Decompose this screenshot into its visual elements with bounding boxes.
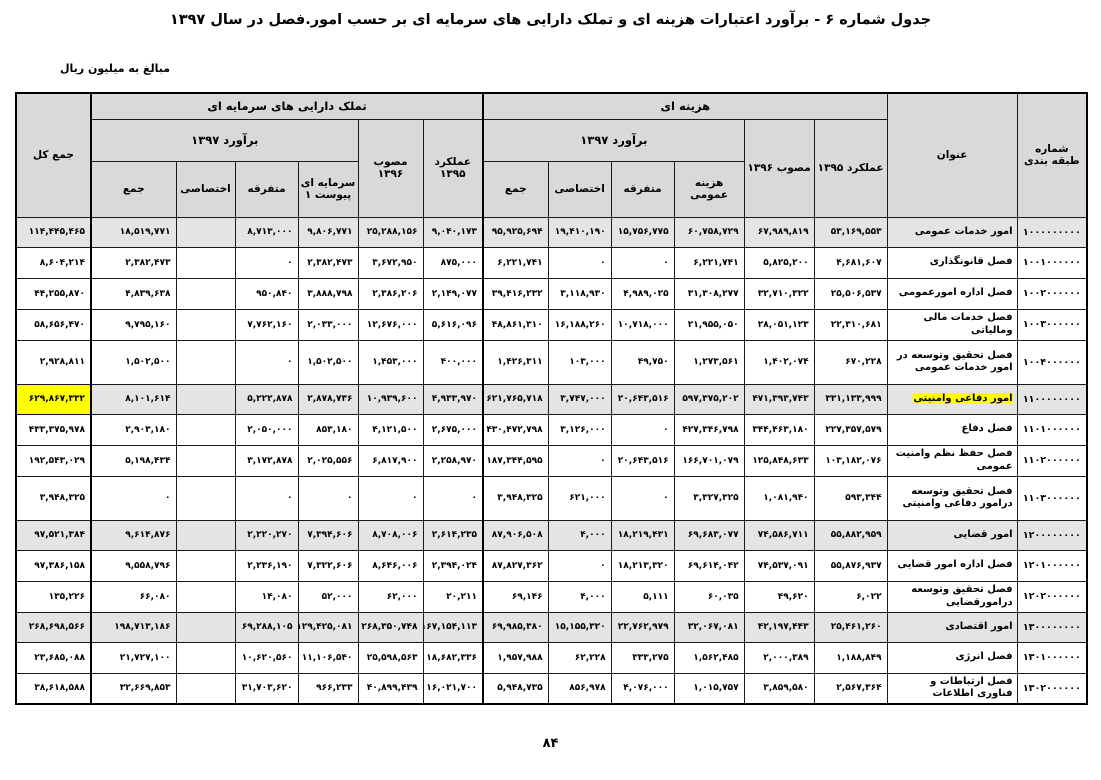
cell-c-app: ۱۰,۹۳۹,۶۰۰ [358, 384, 423, 414]
cell-c-ded [176, 445, 235, 476]
cell-c-ded [176, 550, 235, 581]
cell-c-cap: ۲,۸۷۸,۷۳۶ [298, 384, 358, 414]
cell-e-misc: ۴,۰۷۶,۰۰۰ [611, 673, 674, 704]
col-header-capital-dedicated: اختصاصی [176, 161, 235, 217]
cell-c-app: ۱,۴۵۳,۰۰۰ [358, 340, 423, 384]
cell-c-misc: ۱۴,۰۸۰ [235, 581, 298, 612]
cell-c-ded [176, 340, 235, 384]
cell-c-ded [176, 278, 235, 309]
cell-e-ded: ۱۹,۴۱۰,۱۹۰ [548, 217, 611, 247]
cell-c-misc: ۱۰,۶۲۰,۵۶۰ [235, 642, 298, 673]
cell-title: فصل تحقیق وتوسعه درامورقضایی [887, 581, 1017, 612]
cell-e-perf: ۲۵,۴۶۱,۲۶۰ [814, 612, 887, 642]
cell-c-perf: ۴,۹۳۳,۹۷۰ [423, 384, 483, 414]
cell-e-app: ۴۷۱,۳۹۳,۷۴۳ [744, 384, 814, 414]
cell-c-misc: ۲,۰۵۰,۰۰۰ [235, 414, 298, 445]
cell-c-perf: ۲,۱۴۹,۰۷۷ [423, 278, 483, 309]
cell-e-ded: ۴,۰۰۰ [548, 581, 611, 612]
cell-e-app: ۵,۸۲۵,۲۰۰ [744, 247, 814, 278]
cell-c-cap: ۱,۵۰۲,۵۰۰ [298, 340, 358, 384]
cell-total: ۱۹۲,۵۴۳,۰۲۹ [16, 445, 91, 476]
cell-c-misc: ۵,۲۲۲,۸۷۸ [235, 384, 298, 414]
cell-c-perf: ۰ [423, 476, 483, 520]
cell-c-perf: ۸۷۵,۰۰۰ [423, 247, 483, 278]
cell-total: ۹۷,۵۲۱,۳۸۴ [16, 520, 91, 550]
cell-c-ded [176, 520, 235, 550]
chapter-row: ۱۱۰۱۰۰۰۰۰۰فصل دفاع۲۲۷,۳۵۷,۵۷۹۳۴۴,۴۶۳,۱۸۰… [16, 414, 1087, 445]
cell-class-no: ۱۳۰۱۰۰۰۰۰۰ [1017, 642, 1087, 673]
cell-c-sum: ۱۸,۵۱۹,۷۷۱ [91, 217, 176, 247]
cell-e-sum: ۸۷,۹۰۶,۵۰۸ [483, 520, 548, 550]
cell-class-no: ۱۳۰۲۰۰۰۰۰۰ [1017, 673, 1087, 704]
cell-class-no: ۱۱۰۱۰۰۰۰۰۰ [1017, 414, 1087, 445]
cell-total: ۳,۹۴۸,۳۲۵ [16, 476, 91, 520]
cell-e-app: ۱,۴۰۲,۰۷۴ [744, 340, 814, 384]
cell-class-no: ۱۰۰۲۰۰۰۰۰۰ [1017, 278, 1087, 309]
cell-e-gen: ۵۹۷,۳۷۵,۲۰۲ [674, 384, 744, 414]
cell-e-gen: ۶۹,۶۸۳,۰۷۷ [674, 520, 744, 550]
cell-e-sum: ۴۳۰,۴۷۲,۷۹۸ [483, 414, 548, 445]
cell-total: ۴۳۳,۳۷۵,۹۷۸ [16, 414, 91, 445]
cell-e-misc: ۵,۱۱۱ [611, 581, 674, 612]
chapter-row: ۱۱۰۳۰۰۰۰۰۰فصل تحقیق وتوسعه درامور دفاعی … [16, 476, 1087, 520]
cell-c-cap: ۷,۳۹۴,۶۰۶ [298, 520, 358, 550]
cell-e-perf: ۳۳۱,۱۳۳,۹۹۹ [814, 384, 887, 414]
cell-e-ded: ۰ [548, 247, 611, 278]
cell-e-app: ۴۲,۱۹۷,۴۴۳ [744, 612, 814, 642]
cell-title: امور اقتصادی [887, 612, 1017, 642]
cell-e-misc: ۴,۹۸۹,۰۲۵ [611, 278, 674, 309]
row-title: فصل ارتباطات و فناوری اطلاعات [930, 676, 1013, 700]
col-header-expense-approved-1396: مصوب ۱۳۹۶ [744, 119, 814, 217]
col-header-capital-perf-1395: عملکرد ۱۳۹۵ [423, 119, 483, 217]
cell-c-sum: ۳۲,۶۶۹,۸۵۳ [91, 673, 176, 704]
group-header-capital: تملک دارایی های سرمایه ای [91, 93, 483, 119]
cell-total: ۴۴,۲۵۵,۸۷۰ [16, 278, 91, 309]
cell-title: فصل تحقیق وتوسعه درامور دفاعی وامنیتی [887, 476, 1017, 520]
cell-c-app: ۸,۷۰۸,۰۰۶ [358, 520, 423, 550]
cell-e-gen: ۲۱,۹۵۵,۰۵۰ [674, 309, 744, 340]
cell-e-sum: ۴۸,۸۶۱,۳۱۰ [483, 309, 548, 340]
cell-c-perf: ۱۸,۶۸۲,۳۳۶ [423, 642, 483, 673]
cell-e-perf: ۶۷۰,۲۲۸ [814, 340, 887, 384]
cell-c-misc: ۰ [235, 476, 298, 520]
chapter-row: ۱۲۰۱۰۰۰۰۰۰فصل اداره امور قضایی۵۵,۸۷۶,۹۳۷… [16, 550, 1087, 581]
cell-c-app: ۸,۶۴۶,۰۰۶ [358, 550, 423, 581]
row-title: فصل قانونگذاری [930, 256, 1013, 267]
budget-table: شماره طبقه بندی عنوان هزینه ای تملک دارا… [15, 92, 1088, 705]
cell-c-ded [176, 217, 235, 247]
cell-c-cap: ۲,۰۲۵,۵۵۶ [298, 445, 358, 476]
cell-e-ded: ۶۲,۲۲۸ [548, 642, 611, 673]
col-header-expense-perf-1395: عملکرد ۱۳۹۵ [814, 119, 887, 217]
cell-e-perf: ۶,۰۲۲ [814, 581, 887, 612]
cell-c-ded [176, 414, 235, 445]
cell-c-cap: ۳,۸۸۸,۷۹۸ [298, 278, 358, 309]
cell-e-misc: ۰ [611, 414, 674, 445]
cell-e-gen: ۳,۳۲۷,۳۲۵ [674, 476, 744, 520]
cell-e-perf: ۴,۶۸۱,۶۰۷ [814, 247, 887, 278]
cell-c-app: ۱۲,۶۷۶,۰۰۰ [358, 309, 423, 340]
cell-c-perf: ۱۶,۰۲۱,۷۰۰ [423, 673, 483, 704]
cell-total: ۱۱۴,۴۴۵,۴۶۵ [16, 217, 91, 247]
cell-c-misc: ۰ [235, 340, 298, 384]
cell-e-gen: ۳۲,۰۶۷,۰۸۱ [674, 612, 744, 642]
row-title: امور خدمات عمومی [915, 226, 1013, 237]
cell-c-ded [176, 309, 235, 340]
row-title: فصل تحقیق وتوسعه در امور خدمات عمومی [897, 350, 1013, 374]
cell-c-cap: ۷,۳۲۲,۶۰۶ [298, 550, 358, 581]
cell-e-ded: ۳,۱۲۶,۰۰۰ [548, 414, 611, 445]
cell-c-sum: ۲,۹۰۳,۱۸۰ [91, 414, 176, 445]
cell-c-app: ۲۶۸,۳۵۰,۷۴۸ [358, 612, 423, 642]
cell-e-perf: ۵۹۳,۳۴۴ [814, 476, 887, 520]
col-header-capital-misc: متفرقه [235, 161, 298, 217]
cell-e-gen: ۳۱,۳۰۸,۲۷۷ [674, 278, 744, 309]
cell-c-ded [176, 247, 235, 278]
cell-title: فصل تحقیق وتوسعه در امور خدمات عمومی [887, 340, 1017, 384]
section-row: ۱۳۰۰۰۰۰۰۰۰امور اقتصادی۲۵,۴۶۱,۲۶۰۴۲,۱۹۷,۴… [16, 612, 1087, 642]
row-title: فصل حفظ نظم وامنیت عمومی [896, 448, 1013, 472]
cell-e-misc: ۱۰,۷۱۸,۰۰۰ [611, 309, 674, 340]
cell-c-misc: ۳۱,۷۰۳,۶۲۰ [235, 673, 298, 704]
page-number: ۸۴ [0, 736, 1101, 751]
section-row: ۱۱۰۰۰۰۰۰۰۰امور دفاعی وامنیتی۳۳۱,۱۳۳,۹۹۹۴… [16, 384, 1087, 414]
cell-c-app: ۶,۸۱۷,۹۰۰ [358, 445, 423, 476]
cell-e-perf: ۱,۱۸۸,۸۴۹ [814, 642, 887, 673]
cell-e-app: ۱۲۵,۸۴۸,۶۳۳ [744, 445, 814, 476]
cell-e-gen: ۶۹,۶۱۴,۰۴۲ [674, 550, 744, 581]
cell-e-app: ۶۷,۹۸۹,۸۱۹ [744, 217, 814, 247]
cell-c-ded [176, 642, 235, 673]
cell-e-app: ۱,۰۸۱,۹۴۰ [744, 476, 814, 520]
cell-title: فصل قانونگذاری [887, 247, 1017, 278]
cell-class-no: ۱۱۰۲۰۰۰۰۰۰ [1017, 445, 1087, 476]
cell-c-perf: ۲,۶۷۵,۰۰۰ [423, 414, 483, 445]
cell-e-app: ۲۸,۰۵۱,۱۲۳ [744, 309, 814, 340]
cell-e-misc: ۴۹,۷۵۰ [611, 340, 674, 384]
row-title: فصل خدمات مالی ومالیاتی [924, 312, 1013, 336]
cell-e-gen: ۱,۵۶۲,۴۸۵ [674, 642, 744, 673]
col-header-title: عنوان [887, 93, 1017, 217]
cell-e-app: ۳۴۴,۴۶۳,۱۸۰ [744, 414, 814, 445]
row-title: امور اقتصادی [946, 621, 1013, 632]
cell-e-ded: ۱۰۳,۰۰۰ [548, 340, 611, 384]
cell-e-sum: ۳۹,۴۱۶,۲۳۲ [483, 278, 548, 309]
cell-c-ded [176, 612, 235, 642]
section-row: ۱۲۰۰۰۰۰۰۰۰امور قضایی۵۵,۸۸۲,۹۵۹۷۴,۵۸۶,۷۱۱… [16, 520, 1087, 550]
cell-e-sum: ۸۷,۸۲۷,۳۶۲ [483, 550, 548, 581]
cell-c-cap: ۱۱,۱۰۶,۵۴۰ [298, 642, 358, 673]
row-title: فصل تحقیق وتوسعه درامور دفاعی وامنیتی [903, 486, 1013, 510]
cell-e-misc: ۳۳۳,۲۷۵ [611, 642, 674, 673]
cell-e-perf: ۵۵,۸۷۶,۹۳۷ [814, 550, 887, 581]
cell-class-no: ۱۰۰۱۰۰۰۰۰۰ [1017, 247, 1087, 278]
cell-c-sum: ۱,۵۰۲,۵۰۰ [91, 340, 176, 384]
cell-c-app: ۴۰,۸۹۹,۴۳۹ [358, 673, 423, 704]
cell-c-cap: ۲,۳۸۲,۴۷۳ [298, 247, 358, 278]
cell-c-misc: ۷,۷۶۲,۱۶۰ [235, 309, 298, 340]
col-header-grand-total: جمع کل [16, 93, 91, 217]
cell-c-app: ۶۲,۰۰۰ [358, 581, 423, 612]
cell-title: فصل اداره امورعمومی [887, 278, 1017, 309]
col-header-class-no: شماره طبقه بندی [1017, 93, 1087, 217]
cell-e-perf: ۵۵,۸۸۲,۹۵۹ [814, 520, 887, 550]
cell-c-sum: ۲,۳۸۲,۴۷۳ [91, 247, 176, 278]
cell-c-app: ۲۵,۲۸۸,۱۵۶ [358, 217, 423, 247]
cell-c-sum: ۹,۵۵۸,۷۹۶ [91, 550, 176, 581]
cell-e-misc: ۲۲,۷۶۲,۹۷۹ [611, 612, 674, 642]
cell-e-sum: ۵,۹۴۸,۷۳۵ [483, 673, 548, 704]
chapter-row: ۱۰۰۳۰۰۰۰۰۰فصل خدمات مالی ومالیاتی۲۲,۳۱۰,… [16, 309, 1087, 340]
cell-e-misc: ۱۸,۲۱۳,۳۲۰ [611, 550, 674, 581]
cell-c-sum: ۰ [91, 476, 176, 520]
cell-c-ded [176, 384, 235, 414]
cell-e-ded: ۳,۷۴۷,۰۰۰ [548, 384, 611, 414]
cell-class-no: ۱۰۰۰۰۰۰۰۰۰ [1017, 217, 1087, 247]
cell-title: امور دفاعی وامنیتی [887, 384, 1017, 414]
chapter-row: ۱۳۰۲۰۰۰۰۰۰فصل ارتباطات و فناوری اطلاعات۲… [16, 673, 1087, 704]
cell-c-sum: ۹,۷۹۵,۱۶۰ [91, 309, 176, 340]
cell-title: فصل حفظ نظم وامنیت عمومی [887, 445, 1017, 476]
cell-e-misc: ۰ [611, 247, 674, 278]
cell-class-no: ۱۲۰۲۰۰۰۰۰۰ [1017, 581, 1087, 612]
cell-total: ۲,۹۲۸,۸۱۱ [16, 340, 91, 384]
cell-c-sum: ۶۶,۰۸۰ [91, 581, 176, 612]
cell-c-ded [176, 581, 235, 612]
cell-total: ۱۳۵,۲۲۶ [16, 581, 91, 612]
cell-e-gen: ۱,۲۷۳,۵۶۱ [674, 340, 744, 384]
unit-note: مبالغ به میلیون ریال [60, 62, 170, 75]
cell-e-ded: ۱۶,۱۸۸,۲۶۰ [548, 309, 611, 340]
cell-c-app: ۴,۱۲۱,۵۰۰ [358, 414, 423, 445]
cell-c-perf: ۴۰۰,۰۰۰ [423, 340, 483, 384]
cell-c-app: ۲,۳۸۶,۲۰۶ [358, 278, 423, 309]
cell-e-sum: ۱,۴۲۶,۳۱۱ [483, 340, 548, 384]
cell-e-ded: ۳,۱۱۸,۹۳۰ [548, 278, 611, 309]
cell-c-perf: ۲,۶۱۴,۲۳۵ [423, 520, 483, 550]
cell-e-ded: ۶۲۱,۰۰۰ [548, 476, 611, 520]
cell-c-perf: ۲۰,۲۱۱ [423, 581, 483, 612]
cell-c-app: ۰ [358, 476, 423, 520]
cell-total: ۶۲۹,۸۶۷,۳۳۲ [16, 384, 91, 414]
cell-e-gen: ۱,۰۱۵,۷۵۷ [674, 673, 744, 704]
cell-e-app: ۷۴,۵۳۷,۰۹۱ [744, 550, 814, 581]
cell-c-sum: ۱۹۸,۷۱۳,۱۸۶ [91, 612, 176, 642]
cell-class-no: ۱۰۰۳۰۰۰۰۰۰ [1017, 309, 1087, 340]
cell-total: ۸,۶۰۴,۲۱۴ [16, 247, 91, 278]
group-header-capital-estimate-1397: برآورد ۱۳۹۷ [91, 119, 358, 161]
cell-e-perf: ۲۵,۵۰۶,۵۳۷ [814, 278, 887, 309]
cell-class-no: ۱۰۰۴۰۰۰۰۰۰ [1017, 340, 1087, 384]
cell-class-no: ۱۳۰۰۰۰۰۰۰۰ [1017, 612, 1087, 642]
cell-c-sum: ۹,۶۱۴,۸۷۶ [91, 520, 176, 550]
cell-e-sum: ۳,۹۴۸,۳۲۵ [483, 476, 548, 520]
cell-e-misc: ۱۵,۷۵۶,۷۷۵ [611, 217, 674, 247]
cell-e-app: ۳,۸۵۹,۵۸۰ [744, 673, 814, 704]
cell-c-sum: ۸,۱۰۱,۶۱۴ [91, 384, 176, 414]
chapter-row: ۱۰۰۴۰۰۰۰۰۰فصل تحقیق وتوسعه در امور خدمات… [16, 340, 1087, 384]
cell-class-no: ۱۲۰۱۰۰۰۰۰۰ [1017, 550, 1087, 581]
cell-e-gen: ۶,۲۲۱,۷۴۱ [674, 247, 744, 278]
col-header-capital-sum: جمع [91, 161, 176, 217]
cell-title: فصل ارتباطات و فناوری اطلاعات [887, 673, 1017, 704]
chapter-row: ۱۰۰۱۰۰۰۰۰۰فصل قانونگذاری۴,۶۸۱,۶۰۷۵,۸۲۵,۲… [16, 247, 1087, 278]
table-body: ۱۰۰۰۰۰۰۰۰۰امور خدمات عمومی۵۳,۱۶۹,۵۵۳۶۷,۹… [16, 217, 1087, 704]
table-header: شماره طبقه بندی عنوان هزینه ای تملک دارا… [16, 93, 1087, 217]
cell-c-perf: ۲,۲۵۸,۹۷۰ [423, 445, 483, 476]
page-title: جدول شماره ۶ - برآورد اعتبارات هزینه ای … [0, 12, 1101, 28]
cell-e-perf: ۵۳,۱۶۹,۵۵۳ [814, 217, 887, 247]
cell-e-ded: ۸۵۶,۹۷۸ [548, 673, 611, 704]
row-title: امور دفاعی وامنیتی [913, 393, 1012, 404]
chapter-row: ۱۱۰۲۰۰۰۰۰۰فصل حفظ نظم وامنیت عمومی۱۰۳,۱۸… [16, 445, 1087, 476]
cell-c-sum: ۲۱,۷۲۷,۱۰۰ [91, 642, 176, 673]
col-header-general-expense: هزینه عمومی [674, 161, 744, 217]
cell-c-misc: ۶۹,۲۸۸,۱۰۵ [235, 612, 298, 642]
cell-e-ded: ۰ [548, 550, 611, 581]
cell-title: امور قضایی [887, 520, 1017, 550]
col-header-expense-misc: متفرقه [611, 161, 674, 217]
row-title: فصل تحقیق وتوسعه درامورقضایی [911, 584, 1012, 608]
cell-e-sum: ۶۹,۱۴۶ [483, 581, 548, 612]
cell-c-misc: ۰ [235, 247, 298, 278]
cell-e-sum: ۶۲۱,۷۶۵,۷۱۸ [483, 384, 548, 414]
cell-c-sum: ۴,۸۳۹,۶۳۸ [91, 278, 176, 309]
cell-title: فصل انرژی [887, 642, 1017, 673]
cell-c-app: ۳,۶۷۲,۹۵۰ [358, 247, 423, 278]
cell-e-perf: ۲۲۷,۳۵۷,۵۷۹ [814, 414, 887, 445]
cell-e-sum: ۹۵,۹۲۵,۶۹۴ [483, 217, 548, 247]
chapter-row: ۱۲۰۲۰۰۰۰۰۰فصل تحقیق وتوسعه درامورقضایی۶,… [16, 581, 1087, 612]
group-header-expense-estimate-1397: برآورد ۱۳۹۷ [483, 119, 744, 161]
cell-e-misc: ۲۰,۶۴۳,۵۱۶ [611, 384, 674, 414]
cell-c-app: ۲۵,۵۹۸,۵۶۳ [358, 642, 423, 673]
cell-e-app: ۷۴,۵۸۶,۷۱۱ [744, 520, 814, 550]
cell-e-sum: ۶۹,۹۸۵,۳۸۰ [483, 612, 548, 642]
cell-e-sum: ۶,۲۲۱,۷۴۱ [483, 247, 548, 278]
cell-title: فصل دفاع [887, 414, 1017, 445]
cell-e-misc: ۰ [611, 476, 674, 520]
cell-e-ded: ۴,۰۰۰ [548, 520, 611, 550]
cell-c-cap: ۹,۸۰۶,۷۷۱ [298, 217, 358, 247]
cell-e-perf: ۱۰۳,۱۸۲,۰۷۶ [814, 445, 887, 476]
cell-total: ۹۷,۳۸۶,۱۵۸ [16, 550, 91, 581]
cell-e-misc: ۲۰,۶۴۳,۵۱۶ [611, 445, 674, 476]
cell-class-no: ۱۱۰۰۰۰۰۰۰۰ [1017, 384, 1087, 414]
cell-class-no: ۱۱۰۳۰۰۰۰۰۰ [1017, 476, 1087, 520]
cell-total: ۲۳,۶۸۵,۰۸۸ [16, 642, 91, 673]
cell-class-no: ۱۲۰۰۰۰۰۰۰۰ [1017, 520, 1087, 550]
cell-c-perf: ۱۶۷,۱۵۴,۱۱۳ [423, 612, 483, 642]
cell-total: ۳۸,۶۱۸,۵۸۸ [16, 673, 91, 704]
row-title: فصل انرژی [955, 651, 1012, 662]
cell-c-misc: ۸,۷۱۳,۰۰۰ [235, 217, 298, 247]
cell-c-cap: ۰ [298, 476, 358, 520]
row-title: فصل اداره امورعمومی [899, 287, 1013, 298]
cell-title: امور خدمات عمومی [887, 217, 1017, 247]
col-header-capital-attachment: سرمایه ای پیوست ۱ [298, 161, 358, 217]
cell-e-sum: ۱,۹۵۷,۹۸۸ [483, 642, 548, 673]
cell-title: فصل اداره امور قضایی [887, 550, 1017, 581]
chapter-row: ۱۰۰۲۰۰۰۰۰۰فصل اداره امورعمومی۲۵,۵۰۶,۵۳۷۳… [16, 278, 1087, 309]
cell-c-perf: ۵,۶۱۶,۰۹۶ [423, 309, 483, 340]
group-header-expense: هزینه ای [483, 93, 887, 119]
cell-c-misc: ۹۵۰,۸۴۰ [235, 278, 298, 309]
cell-e-sum: ۱۸۷,۳۴۴,۵۹۵ [483, 445, 548, 476]
cell-c-cap: ۹۶۶,۲۳۳ [298, 673, 358, 704]
row-title: امور قضایی [953, 529, 1012, 540]
cell-c-cap: ۵۲,۰۰۰ [298, 581, 358, 612]
cell-c-cap: ۲,۰۳۳,۰۰۰ [298, 309, 358, 340]
cell-total: ۵۸,۶۵۶,۴۷۰ [16, 309, 91, 340]
cell-c-ded [176, 673, 235, 704]
cell-c-perf: ۹,۰۴۰,۱۷۳ [423, 217, 483, 247]
section-row: ۱۰۰۰۰۰۰۰۰۰امور خدمات عمومی۵۳,۱۶۹,۵۵۳۶۷,۹… [16, 217, 1087, 247]
cell-e-misc: ۱۸,۲۱۹,۴۳۱ [611, 520, 674, 550]
cell-e-perf: ۲,۵۶۷,۳۶۴ [814, 673, 887, 704]
row-title: فصل دفاع [962, 423, 1013, 434]
cell-e-gen: ۴۲۷,۳۴۶,۷۹۸ [674, 414, 744, 445]
cell-e-app: ۲,۰۰۰,۳۸۹ [744, 642, 814, 673]
cell-title: فصل خدمات مالی ومالیاتی [887, 309, 1017, 340]
row-title: فصل اداره امور قضایی [898, 559, 1013, 570]
cell-e-ded: ۰ [548, 445, 611, 476]
col-header-expense-dedicated: اختصاصی [548, 161, 611, 217]
cell-e-app: ۳۲,۷۱۰,۳۲۲ [744, 278, 814, 309]
chapter-row: ۱۳۰۱۰۰۰۰۰۰فصل انرژی۱,۱۸۸,۸۴۹۲,۰۰۰,۳۸۹۱,۵… [16, 642, 1087, 673]
cell-c-ded [176, 476, 235, 520]
col-header-expense-sum: جمع [483, 161, 548, 217]
cell-c-sum: ۵,۱۹۸,۴۳۴ [91, 445, 176, 476]
cell-c-misc: ۳,۱۷۲,۸۷۸ [235, 445, 298, 476]
cell-e-gen: ۶۰,۰۳۵ [674, 581, 744, 612]
cell-e-gen: ۱۶۶,۷۰۱,۰۷۹ [674, 445, 744, 476]
cell-c-perf: ۲,۳۹۴,۰۲۴ [423, 550, 483, 581]
cell-c-misc: ۲,۲۲۰,۲۷۰ [235, 520, 298, 550]
cell-c-misc: ۲,۲۳۶,۱۹۰ [235, 550, 298, 581]
cell-c-cap: ۱۲۹,۴۲۵,۰۸۱ [298, 612, 358, 642]
cell-e-ded: ۱۵,۱۵۵,۳۲۰ [548, 612, 611, 642]
cell-e-app: ۴۹,۶۲۰ [744, 581, 814, 612]
cell-e-perf: ۲۲,۳۱۰,۶۸۱ [814, 309, 887, 340]
cell-total: ۲۶۸,۶۹۸,۵۶۶ [16, 612, 91, 642]
cell-e-gen: ۶۰,۷۵۸,۷۲۹ [674, 217, 744, 247]
col-header-capital-approved-1396: مصوب ۱۳۹۶ [358, 119, 423, 217]
cell-c-cap: ۸۵۳,۱۸۰ [298, 414, 358, 445]
